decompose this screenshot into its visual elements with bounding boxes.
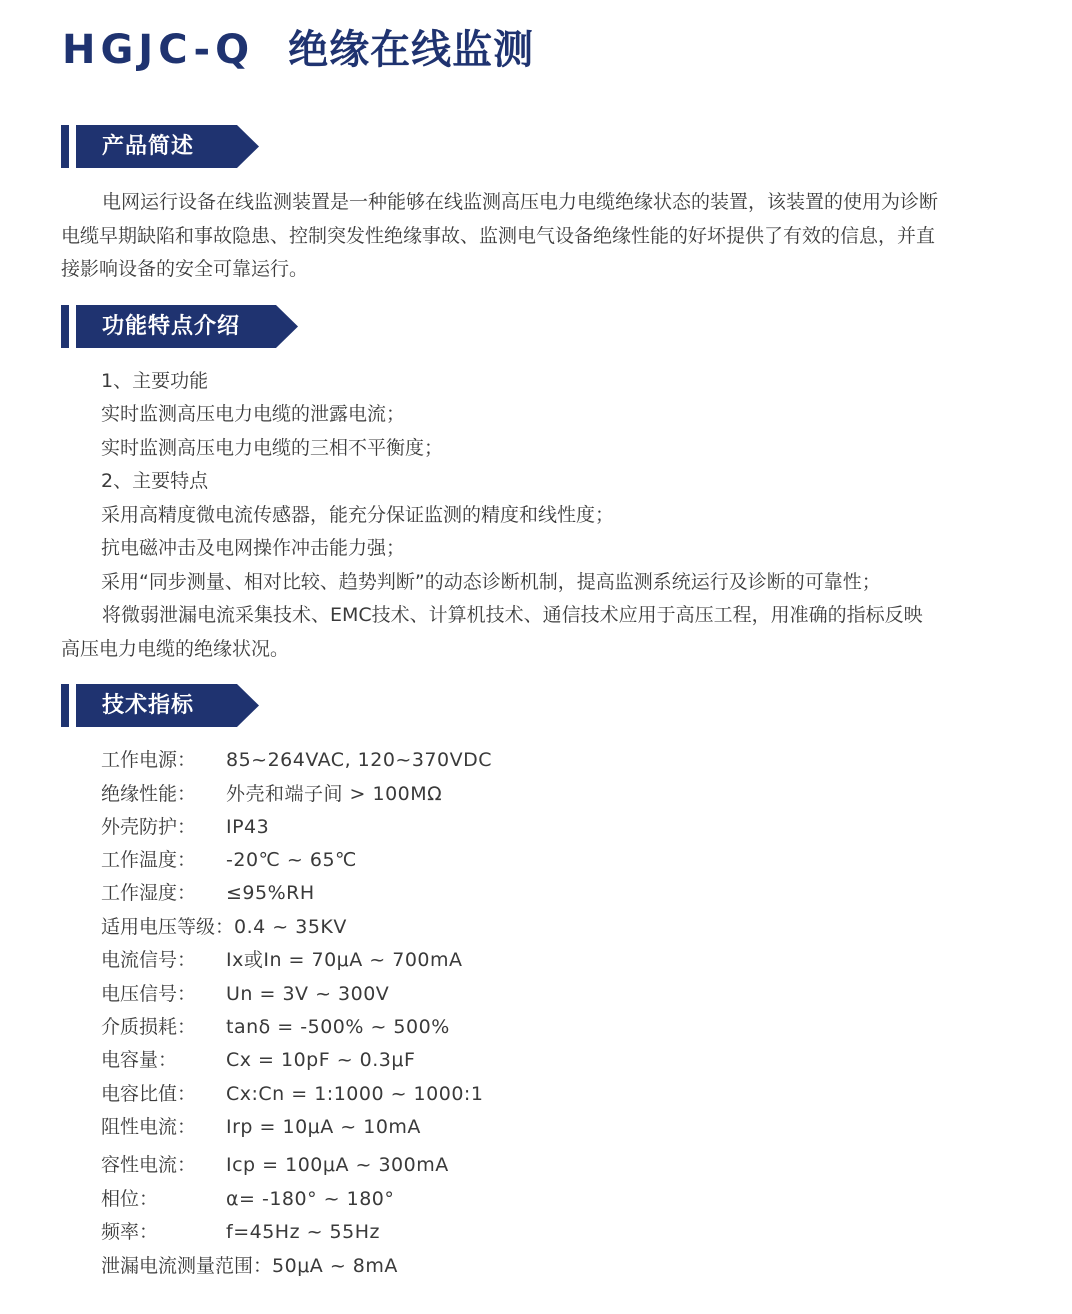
header-accent-bar bbox=[61, 305, 69, 348]
section-header-specs: 技术指标 bbox=[61, 684, 259, 727]
section-header-features: 功能特点介绍 bbox=[61, 305, 298, 348]
page-title: HGJC-Q绝缘在线监测 bbox=[62, 18, 534, 75]
header-accent-bar bbox=[61, 125, 69, 168]
spec-row-power-supply: 工作电源：85~264VAC, 120~370VDC bbox=[101, 744, 492, 778]
spec-row-voltage-signal: 电压信号：Un = 3V ~ 300V bbox=[101, 978, 389, 1012]
spec-row-resistive-current: 阻性电流：Irp = 10μA ~ 10mA bbox=[101, 1111, 421, 1145]
section-title: 功能特点介绍 bbox=[102, 305, 240, 348]
spec-row-operating-humidity: 工作湿度：≤95%RH bbox=[101, 877, 315, 911]
spec-row-voltage-level: 适用电压等级：0.4 ~ 35KV bbox=[101, 911, 347, 945]
section-title: 技术指标 bbox=[102, 684, 194, 727]
spec-row-enclosure-protection: 外壳防护：IP43 bbox=[101, 811, 269, 845]
spec-row-frequency: 频率：f=45Hz ~ 55Hz bbox=[101, 1216, 380, 1250]
feature-item: 采用“同步测量、相对比较、趋势判断”的动态诊断机制，提高监测系统运行及诊断的可靠… bbox=[101, 566, 881, 600]
spec-row-leakage-range: 泄漏电流测量范围：50μA ~ 8mA bbox=[101, 1250, 398, 1284]
header-accent-bar bbox=[61, 684, 69, 727]
paragraph-line: 电网运行设备在线监测装置是一种能够在线监测高压电力电缆绝缘状态的装置，该装置的使… bbox=[61, 186, 1011, 220]
spec-row-insulation: 绝缘性能：外壳和端子间 > 100MΩ bbox=[101, 778, 442, 812]
features-closing-paragraph: 将微弱泄漏电流采集技术、EMC技术、计算机技术、通信技术应用于高压工程，用准确的… bbox=[61, 599, 1011, 666]
spec-row-capacitance-ratio: 电容比值：Cx:Cn = 1:1000 ~ 1000:1 bbox=[101, 1078, 483, 1112]
spec-row-dielectric-loss: 介质损耗：tanδ = -500% ~ 500% bbox=[101, 1011, 450, 1045]
feature-heading-main-features: 2、主要特点 bbox=[101, 465, 208, 499]
section-title: 产品简述 bbox=[102, 125, 194, 168]
spec-row-current-signal: 电流信号：Ix或In = 70μA ~ 700mA bbox=[101, 944, 463, 978]
product-name: 绝缘在线监测 bbox=[288, 27, 534, 73]
paragraph-line: 将微弱泄漏电流采集技术、EMC技术、计算机技术、通信技术应用于高压工程，用准确的… bbox=[61, 599, 1011, 633]
feature-item: 实时监测高压电力电缆的三相不平衡度； bbox=[101, 432, 443, 466]
spec-row-capacitive-current: 容性电流：Icp = 100μA ~ 300mA bbox=[101, 1149, 449, 1183]
model-code: HGJC-Q bbox=[62, 27, 254, 73]
paragraph-line: 高压电力电缆的绝缘状况。 bbox=[61, 633, 1011, 667]
spec-row-operating-temperature: 工作温度：-20℃ ~ 65℃ bbox=[101, 844, 357, 878]
feature-item: 实时监测高压电力电缆的泄露电流； bbox=[101, 398, 405, 432]
feature-heading-main-functions: 1、主要功能 bbox=[101, 365, 208, 399]
paragraph-line: 接影响设备的安全可靠运行。 bbox=[61, 253, 1011, 287]
paragraph-line: 电缆早期缺陷和事故隐患、控制突发性绝缘事故、监测电气设备绝缘性能的好坏提供了有效… bbox=[61, 220, 1011, 254]
spec-row-phase: 相位：α= -180° ~ 180° bbox=[101, 1183, 394, 1217]
spec-row-capacitance: 电容量：Cx = 10pF ~ 0.3μF bbox=[101, 1044, 415, 1078]
feature-item: 抗电磁冲击及电网操作冲击能力强； bbox=[101, 532, 405, 566]
feature-item: 采用高精度微电流传感器，能充分保证监测的精度和线性度； bbox=[101, 499, 614, 533]
overview-paragraph: 电网运行设备在线监测装置是一种能够在线监测高压电力电缆绝缘状态的装置，该装置的使… bbox=[61, 186, 1011, 287]
section-header-overview: 产品简述 bbox=[61, 125, 259, 168]
